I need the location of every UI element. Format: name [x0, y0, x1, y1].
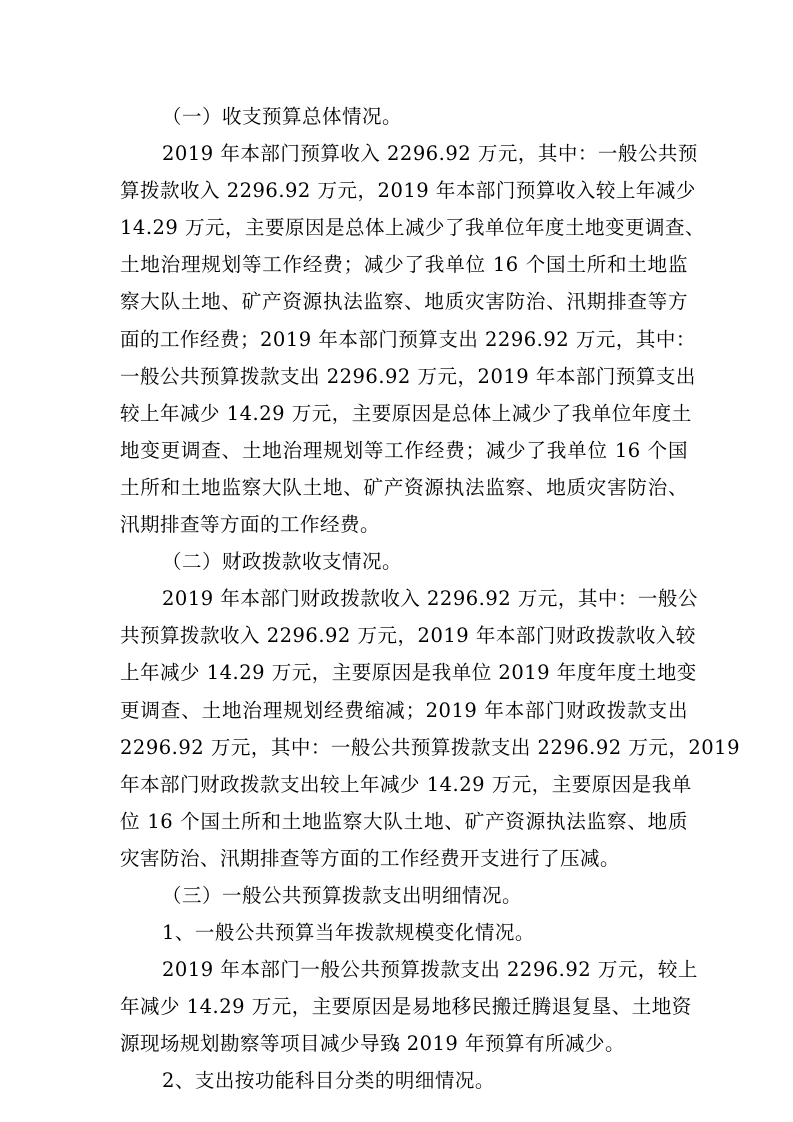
paragraph-line: 较上年减少 14.29 万元，主要原因是总体上减少了我单位年度土 — [120, 395, 688, 432]
paragraph-line: 一般公共预算拨款支出 2296.92 万元，2019 年本部门预算支出 — [120, 358, 688, 395]
paragraph-line: 算拨款收入 2296.92 万元，2019 年本部门预算收入较上年减少 — [120, 172, 688, 209]
paragraph-line: 察大队土地、矿产资源执法监察、地质灾害防治、汛期排查等方 — [120, 283, 688, 320]
paragraph-line: 更调查、土地治理规划经费缩减；2019 年本部门财政拨款支出 — [120, 692, 688, 729]
section-heading-1: （一）收支预算总体情况。 — [120, 98, 688, 135]
paragraph-line: 2019 年本部门预算收入 2296.92 万元，其中：一般公共预 — [120, 135, 688, 172]
paragraph-line: 2019 年本部门财政拨款收入 2296.92 万元，其中：一般公 — [120, 580, 688, 617]
paragraph-line: 上年减少 14.29 万元，主要原因是我单位 2019 年度年度土地变 — [120, 654, 688, 691]
subsection-heading-1: 1、一般公共预算当年拨款规模变化情况。 — [120, 914, 688, 951]
page-number: 3 — [0, 1040, 793, 1053]
paragraph-line: 14.29 万元，主要原因是总体上减少了我单位年度土地变更调查、 — [120, 209, 688, 246]
section-heading-3: （三）一般公共预算拨款支出明细情况。 — [120, 877, 688, 914]
document-body: （一）收支预算总体情况。 2019 年本部门预算收入 2296.92 万元，其中… — [120, 98, 688, 1100]
paragraph-line: 面的工作经费；2019 年本部门预算支出 2296.92 万元，其中： — [120, 321, 688, 358]
paragraph-line: 位 16 个国土所和土地监察大队土地、矿产资源执法监察、地质 — [120, 803, 688, 840]
paragraph-line: 土所和土地监察大队土地、矿产资源执法监察、地质灾害防治、 — [120, 469, 688, 506]
paragraph-line: 汛期排查等方面的工作经费。 — [120, 506, 688, 543]
document-page: （一）收支预算总体情况。 2019 年本部门预算收入 2296.92 万元，其中… — [0, 0, 793, 1122]
paragraph-line: 灾害防治、汛期排查等方面的工作经费开支进行了压减。 — [120, 840, 688, 877]
paragraph-line: 土地治理规划等工作经费；减少了我单位 16 个国土所和土地监 — [120, 246, 688, 283]
paragraph-line: 年本部门财政拨款支出较上年减少 14.29 万元，主要原因是我单 — [120, 766, 688, 803]
paragraph-line: 地变更调查、土地治理规划等工作经费；减少了我单位 16 个国 — [120, 432, 688, 469]
paragraph-line: 2296.92 万元，其中：一般公共预算拨款支出 2296.92 万元，2019 — [120, 729, 688, 766]
paragraph-line: 2019 年本部门一般公共预算拨款支出 2296.92 万元，较上 — [120, 951, 688, 988]
paragraph-line: 年减少 14.29 万元，主要原因是易地移民搬迁腾退复垦、土地资 — [120, 988, 688, 1025]
paragraph-line: 共预算拨款收入 2296.92 万元，2019 年本部门财政拨款收入较 — [120, 617, 688, 654]
section-heading-2: （二）财政拨款收支情况。 — [120, 543, 688, 580]
subsection-heading-2: 2、支出按功能科目分类的明细情况。 — [120, 1062, 688, 1099]
